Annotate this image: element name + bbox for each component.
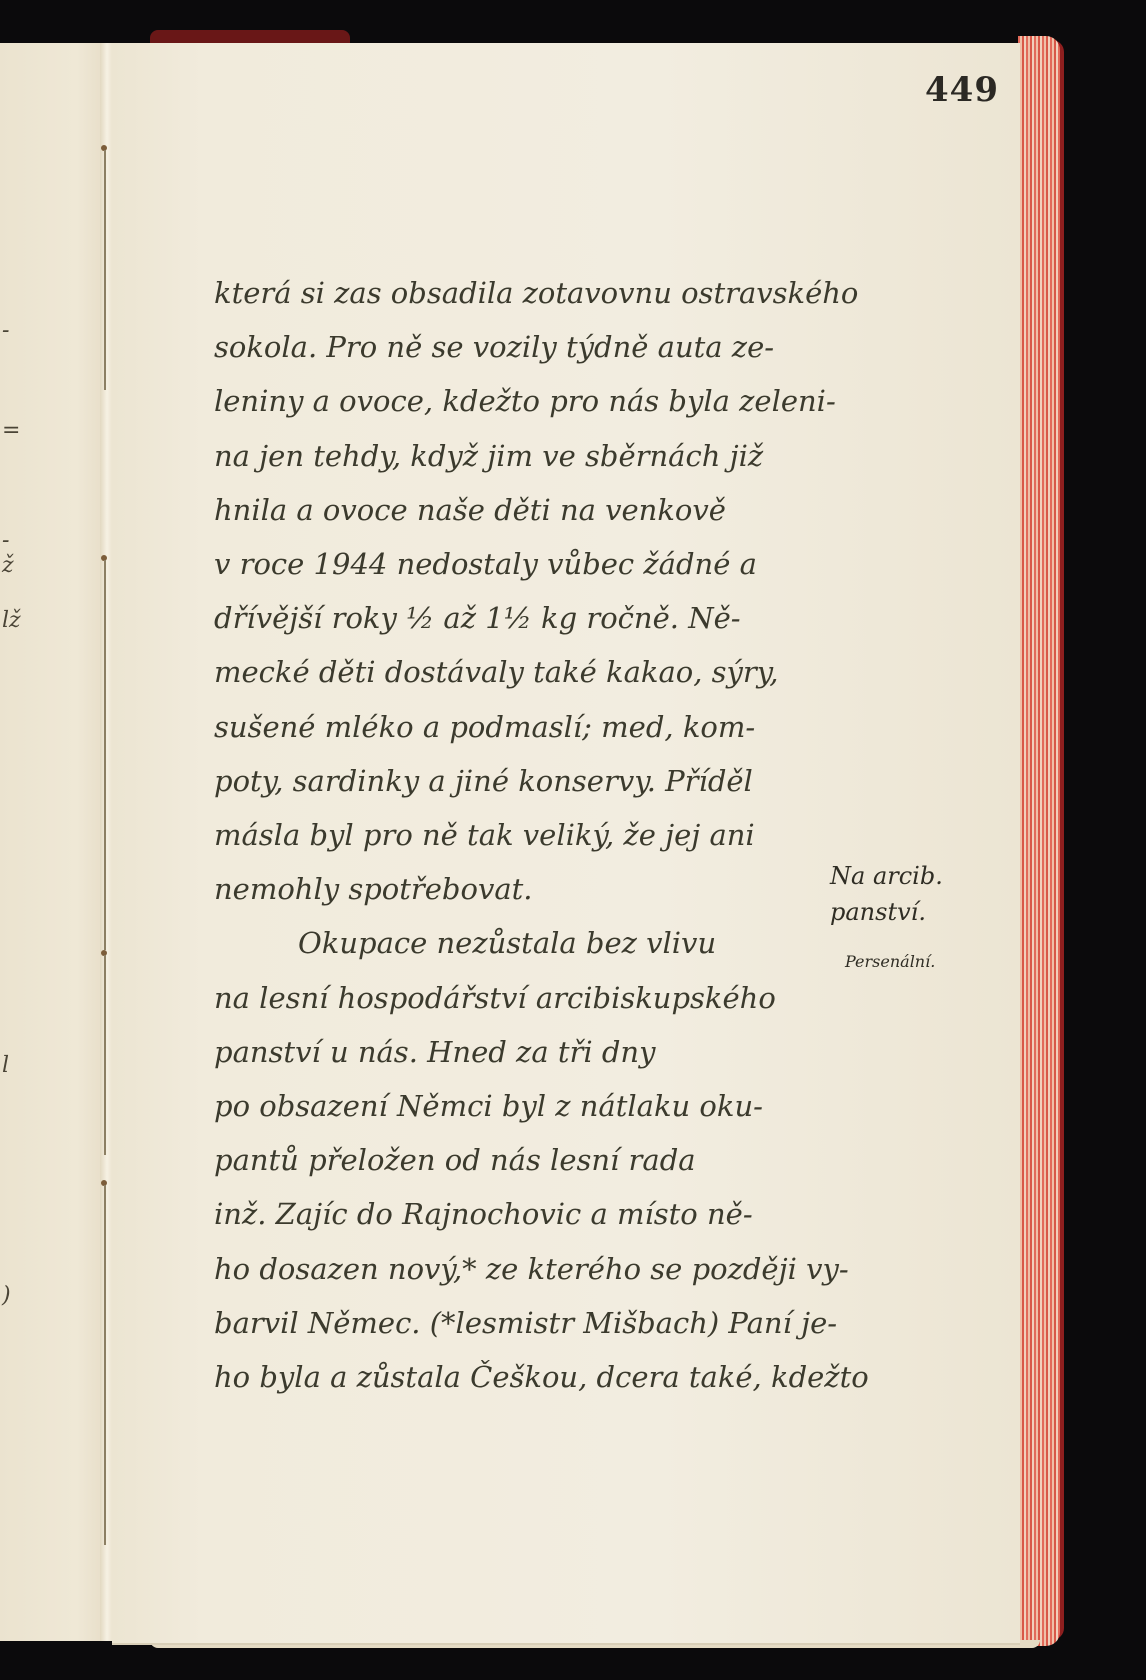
margin-note-line: Na arcib. (830, 858, 943, 894)
text-line: ho byla a zůstala Češkou, dcera také, kd… (214, 1350, 824, 1404)
page-edges (1018, 36, 1060, 1646)
text-line: inž. Zajíc do Rajnochovic a místo ně- (214, 1187, 824, 1241)
text-line: sokola. Pro ně se vozily týdně auta ze- (214, 320, 824, 374)
margin-note-archbishop-estate: Na arcib. panství. (830, 858, 943, 930)
text-line: dřívější roky ½ až 1½ kg ročně. Ně- (214, 591, 824, 645)
text-line: poty, sardinky a jiné konservy. Příděl (214, 754, 824, 808)
book-scan: - = - ž lž l ) 449 která si zas obsadila… (0, 0, 1146, 1680)
text-line: másla byl pro ně tak veliký, že jej ani (214, 808, 824, 862)
handwritten-body: která si zas obsadila zotavovnu ostravsk… (214, 266, 824, 1404)
left-fragment: - (2, 528, 9, 553)
left-fragment: lž (2, 608, 21, 633)
left-fragment: l (2, 1053, 9, 1078)
paragraph-start-line: Okupace nezůstala bez vlivu (214, 916, 824, 970)
text-line: hnila a ovoce naše děti na venkově (214, 483, 824, 537)
left-fragment: - (2, 318, 9, 343)
text-line: barvil Němec. (*lesmistr Mišbach) Paní j… (214, 1296, 824, 1350)
binding-stitch (104, 560, 106, 950)
text-line: leniny a ovoce, kdežto pro nás byla zele… (214, 374, 824, 428)
text-line: na jen tehdy, když jim ve sběrnách již (214, 429, 824, 483)
binding-stitch (104, 1185, 106, 1545)
text-line: v roce 1944 nedostaly vůbec žádné a (214, 537, 824, 591)
margin-note-line: panství. (830, 894, 943, 930)
left-fragment: ž (2, 553, 14, 578)
text-line: po obsazení Němci byl z nátlaku oku- (214, 1079, 824, 1133)
left-page-fragments: - = - ž lž l ) (0, 43, 40, 1641)
binding-stitch (104, 150, 106, 390)
text-line: nemohly spotřebovat. (214, 862, 824, 916)
page-number: 449 (925, 70, 999, 110)
text-line: která si zas obsadila zotavovnu ostravsk… (214, 266, 824, 320)
text-line: na lesní hospodářství arcibiskupského (214, 971, 824, 1025)
left-fragment: ) (2, 1283, 11, 1308)
left-page: - = - ž lž l ) (0, 43, 110, 1641)
binding-stitch (104, 955, 106, 1155)
text-line: pantů přeložen od nás lesní rada (214, 1133, 824, 1187)
margin-note-personnel: Persenální. (845, 952, 935, 971)
left-fragment: = (2, 418, 20, 443)
text-line: sušené mléko a podmaslí; med, kom- (214, 700, 824, 754)
text-line: ho dosazen nový,* ze kterého se později … (214, 1242, 824, 1296)
text-line: panství u nás. Hned za tři dny (214, 1025, 824, 1079)
text-line: mecké děti dostávaly také kakao, sýry, (214, 645, 824, 699)
